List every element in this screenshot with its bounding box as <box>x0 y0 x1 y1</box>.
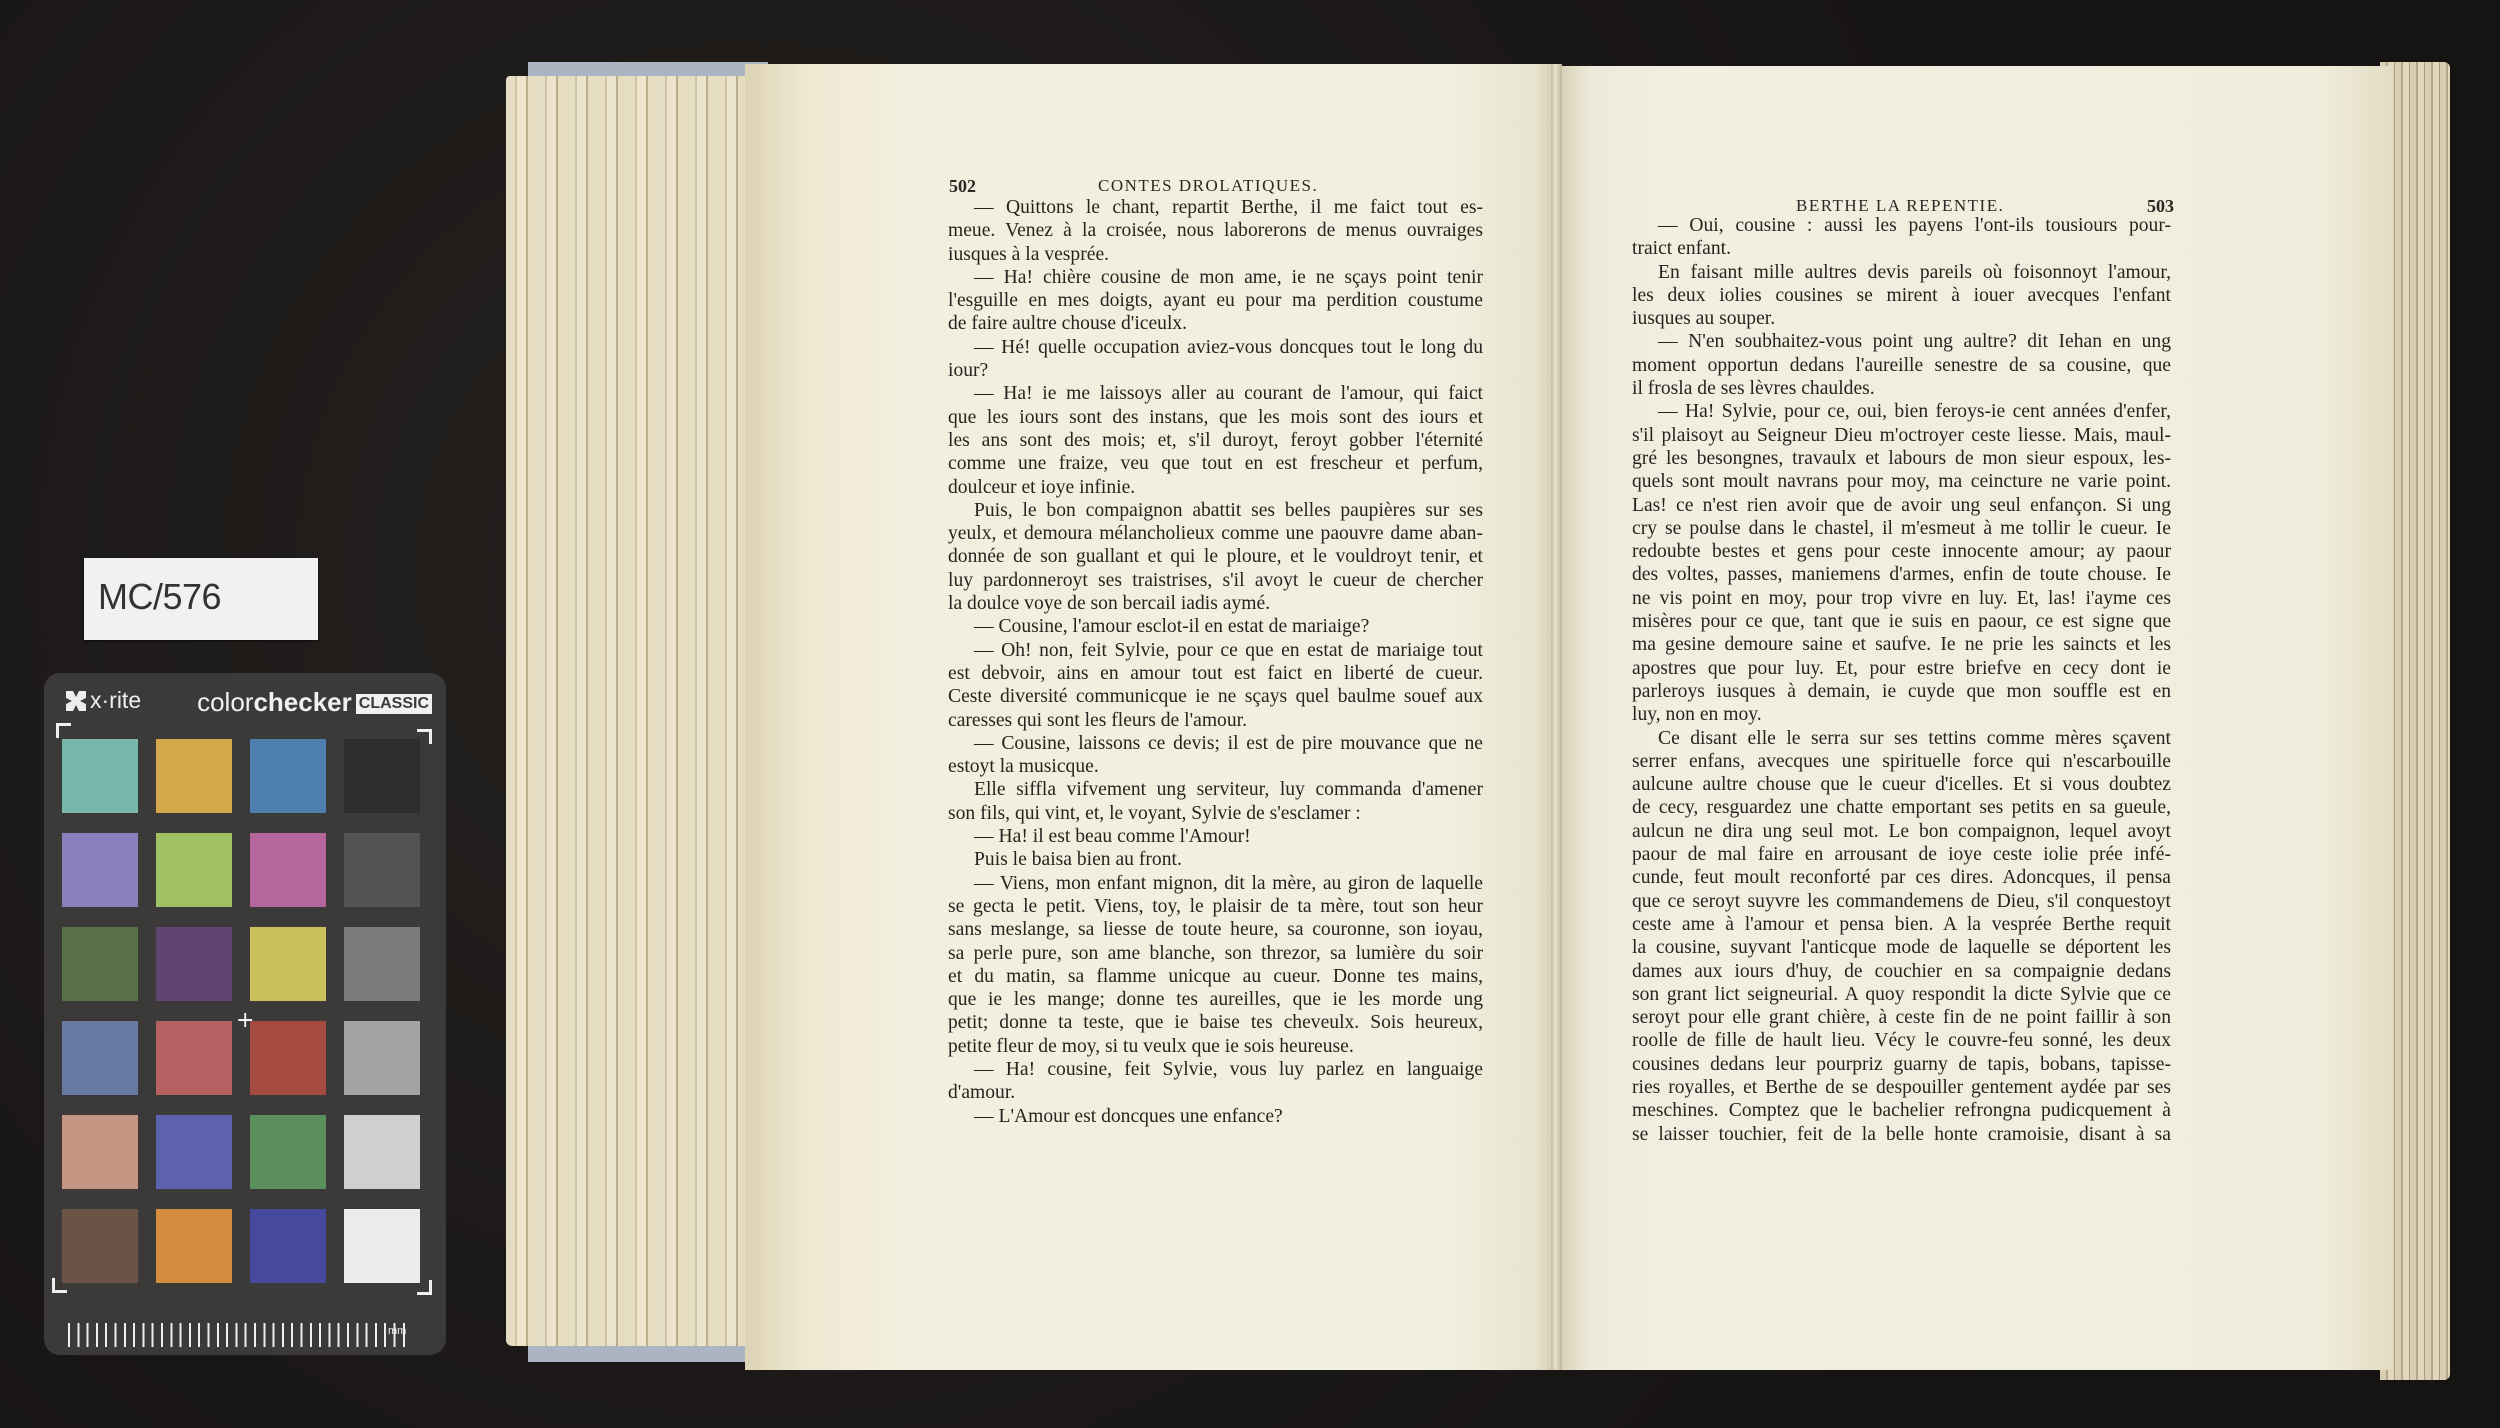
text-line: les deux iolies cousines se mirent à iou… <box>1632 284 2171 307</box>
text-line: estoyt la musicque. <box>948 755 1483 778</box>
text-line: sans meslange, sa liesse de toute heure,… <box>948 918 1483 941</box>
text-line: il frosla de ses lèvres chauldes. <box>1632 377 2171 400</box>
text-line: — Oh! non, feit Sylvie, pour ce que en e… <box>948 639 1483 662</box>
text-line: ne vis point en moy, pour trop vivre en … <box>1632 587 2171 610</box>
xrite-mark-icon <box>66 691 86 711</box>
text-line: que les iours sont des instans, que les … <box>948 406 1483 429</box>
ruler-unit: mm <box>388 1325 406 1337</box>
colorchecker-card: x·rite colorcheckerCLASSIC + mm <box>44 673 446 1355</box>
text-line: iusques à la vesprée. <box>948 243 1483 266</box>
text-line: — Quittons le chant, repartit Berthe, il… <box>948 196 1483 219</box>
text-line: de faire aultre chouse d'iceulx. <box>948 312 1483 335</box>
text-line: — Cousine, l'amour esclot-il en estat de… <box>948 615 1483 638</box>
color-patch <box>250 833 326 907</box>
crop-corner-icon <box>56 723 71 738</box>
color-patch <box>344 1021 420 1095</box>
color-patch <box>62 833 138 907</box>
book-gutter <box>1551 64 1562 1370</box>
running-head-right: BERTHE LA REPENTIE. <box>1796 196 2004 216</box>
text-line: donnée de son guallant et qui le ploure,… <box>948 545 1483 568</box>
text-line: seroyt pour elle grant chière, à ceste f… <box>1632 1006 2171 1029</box>
text-line: l'esguille en mes doigts, ayant eu pour … <box>948 289 1483 312</box>
text-line: son fils, qui vint, et, le voyant, Sylvi… <box>948 802 1483 825</box>
text-line: traict enfant. <box>1632 237 2171 260</box>
text-line: comme une fraize, veu que tout en est fr… <box>948 452 1483 475</box>
color-patch <box>344 739 420 813</box>
text-line: quels sont moult navrans pour moy, ma ce… <box>1632 470 2171 493</box>
text-line: Ce disant elle le serra sur ses tettins … <box>1632 727 2171 750</box>
color-patch <box>250 739 326 813</box>
classic-badge: CLASSIC <box>356 694 432 714</box>
text-line: aulcun ne dira ung seul mot. Le bon comp… <box>1632 820 2171 843</box>
colorchecker-title: colorcheckerCLASSIC <box>197 687 432 718</box>
text-line: est debvoir, ains en amour tout est faic… <box>948 662 1483 685</box>
text-line: ries royalles, et Berthe de se despouill… <box>1632 1076 2171 1099</box>
color-patch <box>344 1115 420 1189</box>
color-patch <box>62 1021 138 1095</box>
text-line: caresses qui sont les fleurs de l'amour. <box>948 709 1483 732</box>
color-patch <box>250 1209 326 1283</box>
color-patch <box>344 927 420 1001</box>
color-patch <box>156 833 232 907</box>
running-head-left: CONTES DROLATIQUES. <box>1098 176 1318 196</box>
text-line: moment opportun dedans l'aureille senest… <box>1632 354 2171 377</box>
text-line: cry se poulse dans le chastel, il m'esme… <box>1632 517 2171 540</box>
text-line: son grant lict seigneurial. A quoy respo… <box>1632 983 2171 1006</box>
text-line: meue. Venez à la croisée, nous laboreron… <box>948 219 1483 242</box>
text-line: petite fleur de moy, si tu veulx que ie … <box>948 1035 1483 1058</box>
text-line: luy pardonneroyt ses traistrises, s'il a… <box>948 569 1483 592</box>
color-patch <box>156 1209 232 1283</box>
text-line: parleroys iusques à demain, ie cuyde que… <box>1632 680 2171 703</box>
brand-text: x·rite <box>90 687 141 713</box>
text-line: Las! ce n'est rien avoir que de avoir un… <box>1632 494 2171 517</box>
text-line: que ce seroyt suyvre les commandemens de… <box>1632 890 2171 913</box>
text-line: la cousine, suyvant l'anticque mode de l… <box>1632 936 2171 959</box>
text-line: meschines. Comptez que le bachelier refr… <box>1632 1099 2171 1122</box>
text-line: roolle de fille de hault lieu. Vécy le c… <box>1632 1029 2171 1052</box>
color-patch <box>62 1209 138 1283</box>
xrite-logo: x·rite <box>66 687 141 714</box>
text-line: s'il plaisoyt au Seigneur Dieu m'octroye… <box>1632 424 2171 447</box>
text-line: — Oui, cousine : aussi les payens l'ont-… <box>1632 214 2171 237</box>
text-line: yeulx, et demoura mélancholieux comme un… <box>948 522 1483 545</box>
text-line: — Ha! ie me laissoys aller au courant de… <box>948 382 1483 405</box>
text-line: de cecy, resguardez une chatte emportant… <box>1632 796 2171 819</box>
text-line: — Ha! chière cousine de mon ame, ie ne s… <box>948 266 1483 289</box>
text-line: Puis le baisa bien au front. <box>948 848 1483 871</box>
text-line: gré les besongnes, travaulx et labours d… <box>1632 447 2171 470</box>
color-patch <box>344 833 420 907</box>
text-line: et du matin, sa flamme unicque au cueur.… <box>948 965 1483 988</box>
color-patch <box>250 1115 326 1189</box>
text-line: — Viens, mon enfant mignon, dit la mère,… <box>948 872 1483 895</box>
mm-ruler <box>68 1315 408 1347</box>
text-line: dames aux iours d'huy, de couchier en sa… <box>1632 960 2171 983</box>
text-line: aulcune aultre chouse que le cueur d'ice… <box>1632 773 2171 796</box>
accession-label-text: MC/576 <box>98 576 221 618</box>
text-line: apostres que pour luy. Et, pour estre br… <box>1632 657 2171 680</box>
color-patch <box>156 1021 232 1095</box>
text-line: ma gesine demoure saine et saufve. Ie ne… <box>1632 633 2171 656</box>
text-line: — Ha! cousine, feit Sylvie, vous luy par… <box>948 1058 1483 1081</box>
crosshair-icon: + <box>236 1008 254 1033</box>
text-line: — Ha! Sylvie, pour ce, oui, bien feroys-… <box>1632 400 2171 423</box>
color-patch <box>156 927 232 1001</box>
text-line: la doulce voye de son bercail iadis aymé… <box>948 592 1483 615</box>
text-line: d'amour. <box>948 1081 1483 1104</box>
page-block-left <box>506 76 756 1346</box>
text-line: les ans sont des mois; et, s'il duroyt, … <box>948 429 1483 452</box>
text-line: cousines dedans leur pourpriz guarny de … <box>1632 1053 2171 1076</box>
text-line: — N'en soubhaitez-vous point ung aultre?… <box>1632 330 2171 353</box>
text-line: Puis, le bon compaignon abattit ses bell… <box>948 499 1483 522</box>
text-line: — L'Amour est doncques une enfance? <box>948 1105 1483 1128</box>
text-line: Ceste diversité communicque ie ne sçays … <box>948 685 1483 708</box>
text-line: serrer enfans, avecques une spirituelle … <box>1632 750 2171 773</box>
text-line: sa perle pure, son ame blanche, son thre… <box>948 942 1483 965</box>
accession-label: MC/576 <box>84 558 318 640</box>
text-line: des voltes, passes, maniemens d'armes, e… <box>1632 563 2171 586</box>
text-line: paour de mal faire en arrousant de ioye … <box>1632 843 2171 866</box>
page-number-left: 502 <box>949 176 976 197</box>
text-line: luy, non en moy. <box>1632 703 2171 726</box>
color-patch <box>62 1115 138 1189</box>
text-line: — Cousine, laissons ce devis; il est de … <box>948 732 1483 755</box>
text-line: petit; donne ta teste, que ie baise tes … <box>948 1011 1483 1034</box>
text-line: iour? <box>948 359 1483 382</box>
title-bold: checker <box>253 687 351 717</box>
color-patch <box>62 927 138 1001</box>
text-line: iusques au souper. <box>1632 307 2171 330</box>
text-line: ceste ame à l'amour et pensa bien. A la … <box>1632 913 2171 936</box>
text-line: En faisant mille aultres devis pareils o… <box>1632 261 2171 284</box>
text-line: cunde, feut moult reconforté par ces dir… <box>1632 866 2171 889</box>
color-patch <box>250 927 326 1001</box>
text-line: que ie les mange; donne tes aureilles, q… <box>948 988 1483 1011</box>
right-page-body: — Oui, cousine : aussi les payens l'ont-… <box>1632 214 2171 1146</box>
text-line: se laisser touchier, feit de la belle ho… <box>1632 1123 2171 1146</box>
text-line: se gecta le petit. Viens, toy, le plaisi… <box>948 895 1483 918</box>
text-line: misères pour ce que, tant que ie suis en… <box>1632 610 2171 633</box>
title-light: color <box>197 687 253 717</box>
text-line: doulceur et ioye infinie. <box>948 476 1483 499</box>
left-page-body: — Quittons le chant, repartit Berthe, il… <box>948 196 1483 1128</box>
text-line: redoubte bestes et gens pour ceste innoc… <box>1632 540 2171 563</box>
text-line: — Ha! il est beau comme l'Amour! <box>948 825 1483 848</box>
color-patch <box>156 1115 232 1189</box>
text-line: — Hé! quelle occupation aviez-vous doncq… <box>948 336 1483 359</box>
color-patch <box>344 1209 420 1283</box>
color-patch <box>250 1021 326 1095</box>
text-line: Elle siffla vifvement ung serviteur, luy… <box>948 778 1483 801</box>
color-patch <box>156 739 232 813</box>
color-patch <box>62 739 138 813</box>
